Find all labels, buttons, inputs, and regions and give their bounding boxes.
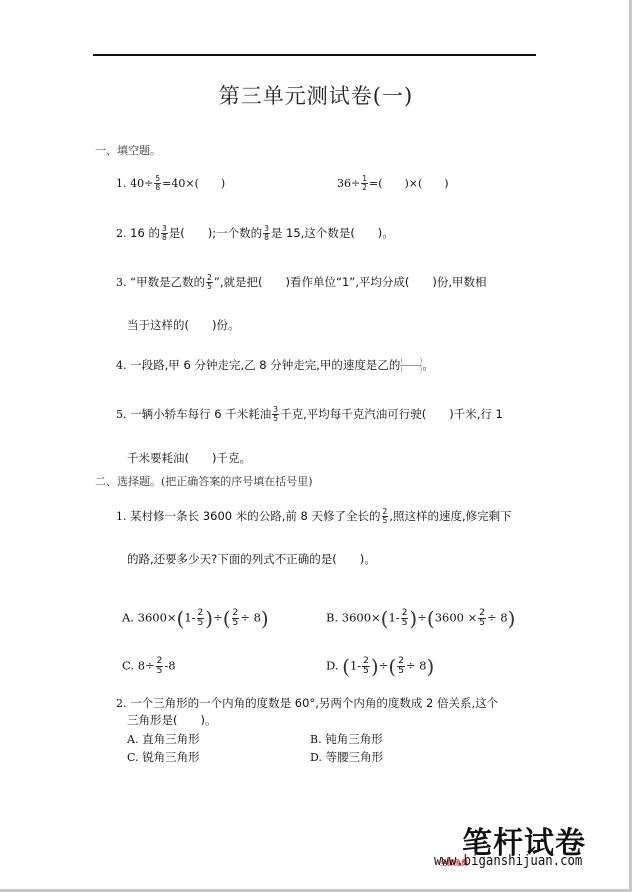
question-2-1: 1. 某村修一条长 3600 米的公路,前 8 天修了全长的25,照这样的速度,… bbox=[116, 508, 512, 525]
question-1-1: 1. 40÷58=40×( ) bbox=[116, 175, 225, 192]
page-title: 第三单元测试卷(一) bbox=[0, 80, 632, 110]
option-c: C. 8÷25-8 bbox=[122, 657, 176, 676]
question-2-1-line-2: 的路,还要多少天?下面的列式不正确的是( )。 bbox=[127, 551, 376, 567]
option-c: C. 锐角三角形 bbox=[127, 749, 200, 766]
fraction: 38 bbox=[263, 225, 270, 242]
fraction: 25 bbox=[382, 508, 389, 525]
fraction: 25 bbox=[206, 274, 213, 291]
option-a: A. 直角三角形 bbox=[127, 731, 200, 748]
question-2-2-line-2: 三角形是( )。 bbox=[127, 712, 216, 728]
question-1-5: 5. 一辆小轿车每行 6 千米耗油35千克,平均每千克汽油可行驶( )千米,行 … bbox=[116, 406, 503, 423]
watermark-url: www.biganshijuan.com bbox=[434, 853, 582, 869]
question-2-2: 2. 一个三角形的一个内角的度数是 60°,另两个内角的度数成 2 倍关系,这个 bbox=[116, 695, 498, 712]
section-heading-multiple-choice: 二、选择题。(把正确答案的序号填在括号里) bbox=[95, 474, 313, 490]
fraction: 38 bbox=[161, 225, 168, 242]
option-d: D. 等腰三角形 bbox=[310, 749, 383, 766]
exam-page: 第三单元测试卷(一) 一、填空题。 1. 40÷58=40×( ) 36÷12=… bbox=[0, 0, 629, 889]
question-1-2: 2. 16 的38是( );一个数的38是 15,这个数是( )。 bbox=[116, 225, 394, 242]
question-1-4: 4. 一段路,甲 6 分钟走完,乙 8 分钟走完,甲的速度是乙的()()。 bbox=[116, 357, 434, 374]
option-b: B. 钝角三角形 bbox=[310, 731, 383, 748]
section-heading-fill-blank: 一、填空题。 bbox=[95, 143, 161, 159]
header-rule bbox=[93, 54, 536, 56]
question-1-5-line-2: 千米要耗油( )千克。 bbox=[127, 450, 251, 466]
question-1-3-line-2: 当于这样的( )份。 bbox=[127, 317, 239, 333]
question-1-3: 3. “甲数是乙数的25”,就是把( )看作单位“1”,平均分成( )份,甲数相 bbox=[116, 274, 487, 291]
option-d: D. (1-25)÷(25÷ 8) bbox=[326, 657, 434, 676]
option-b: B. 3600×(1-25)÷(3600 ×25÷ 8) bbox=[326, 609, 515, 628]
question-1-1-part-2: 36÷12=( )×( ) bbox=[337, 175, 449, 192]
option-a: A. 3600×(1-25)÷(25÷ 8) bbox=[122, 609, 269, 628]
blank-fraction: ()() bbox=[400, 357, 422, 374]
fraction: 12 bbox=[361, 175, 368, 192]
fraction: 58 bbox=[154, 175, 161, 192]
fraction: 35 bbox=[272, 406, 279, 423]
